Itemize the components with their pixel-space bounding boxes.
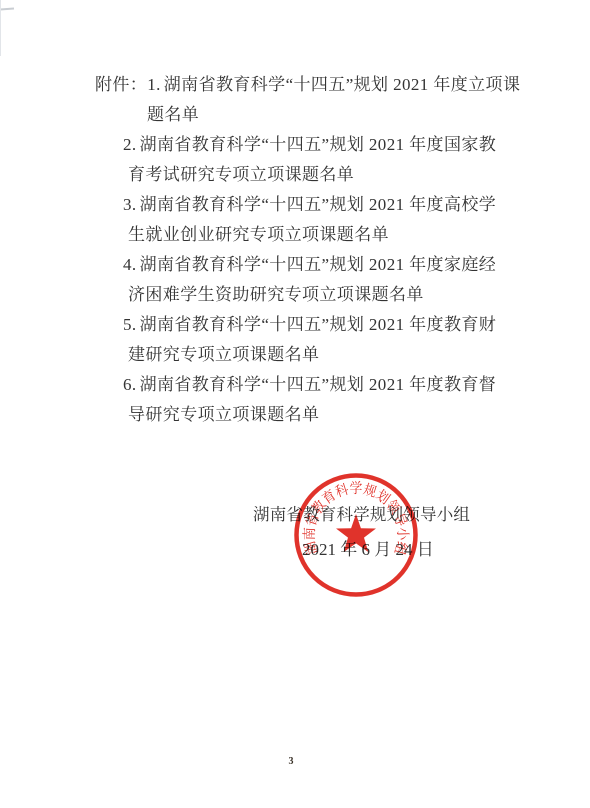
attachment-item-text: 湖南省教育科学“十四五”规划 2021 年度教育督导研究专项立项课题名单 <box>128 375 496 424</box>
document-page: 附件：1.湖南省教育科学“十四五”规划 2021 年度立项课题名单2.湖南省教育… <box>0 0 590 808</box>
page-number: 3 <box>281 756 301 767</box>
attachment-item-text: 湖南省教育科学“十四五”规划 2021 年度国家教育考试研究专项立项课题名单 <box>128 135 496 184</box>
attachment-item-number: 3. <box>123 195 137 214</box>
attachment-item-3: 3.湖南省教育科学“十四五”规划 2021 年度高校学生就业创业研究专项立项课题… <box>95 190 535 250</box>
seal-star-icon <box>336 514 376 552</box>
attachment-item-text: 湖南省教育科学“十四五”规划 2021 年度教育财建研究专项立项课题名单 <box>128 315 496 364</box>
attachment-item-6: 6.湖南省教育科学“十四五”规划 2021 年度教育督导研究专项立项课题名单 <box>95 370 535 430</box>
attachment-list: 附件：1.湖南省教育科学“十四五”规划 2021 年度立项课题名单2.湖南省教育… <box>95 70 535 430</box>
attachment-item-number: 6. <box>123 375 137 394</box>
scan-artifact-corner <box>0 8 14 11</box>
attachment-item-2: 2.湖南省教育科学“十四五”规划 2021 年度国家教育考试研究专项立项课题名单 <box>95 130 535 190</box>
attachment-item-5: 5.湖南省教育科学“十四五”规划 2021 年度教育财建研究专项立项课题名单 <box>95 310 535 370</box>
official-seal: 湖南省教育科学规划领导小组 <box>292 471 420 599</box>
attachment-item-number: 5. <box>123 315 137 334</box>
attachment-item-text: 湖南省教育科学“十四五”规划 2021 年度家庭经济困难学生资助研究专项立项课题… <box>128 255 496 304</box>
attachment-item-4: 4.湖南省教育科学“十四五”规划 2021 年度家庭经济困难学生资助研究专项立项… <box>95 250 535 310</box>
attachment-item-number: 2. <box>123 135 137 154</box>
attachment-item-text: 湖南省教育科学“十四五”规划 2021 年度高校学生就业创业研究专项立项课题名单 <box>128 195 496 244</box>
attachment-item-1: 附件：1.湖南省教育科学“十四五”规划 2021 年度立项课题名单 <box>95 70 535 130</box>
scan-artifact-edge <box>0 0 1 56</box>
attachment-label: 附件： <box>95 75 147 94</box>
attachment-item-text: 湖南省教育科学“十四五”规划 2021 年度立项课题名单 <box>147 75 520 124</box>
attachment-item-number: 1. <box>147 75 161 94</box>
attachment-item-number: 4. <box>123 255 137 274</box>
